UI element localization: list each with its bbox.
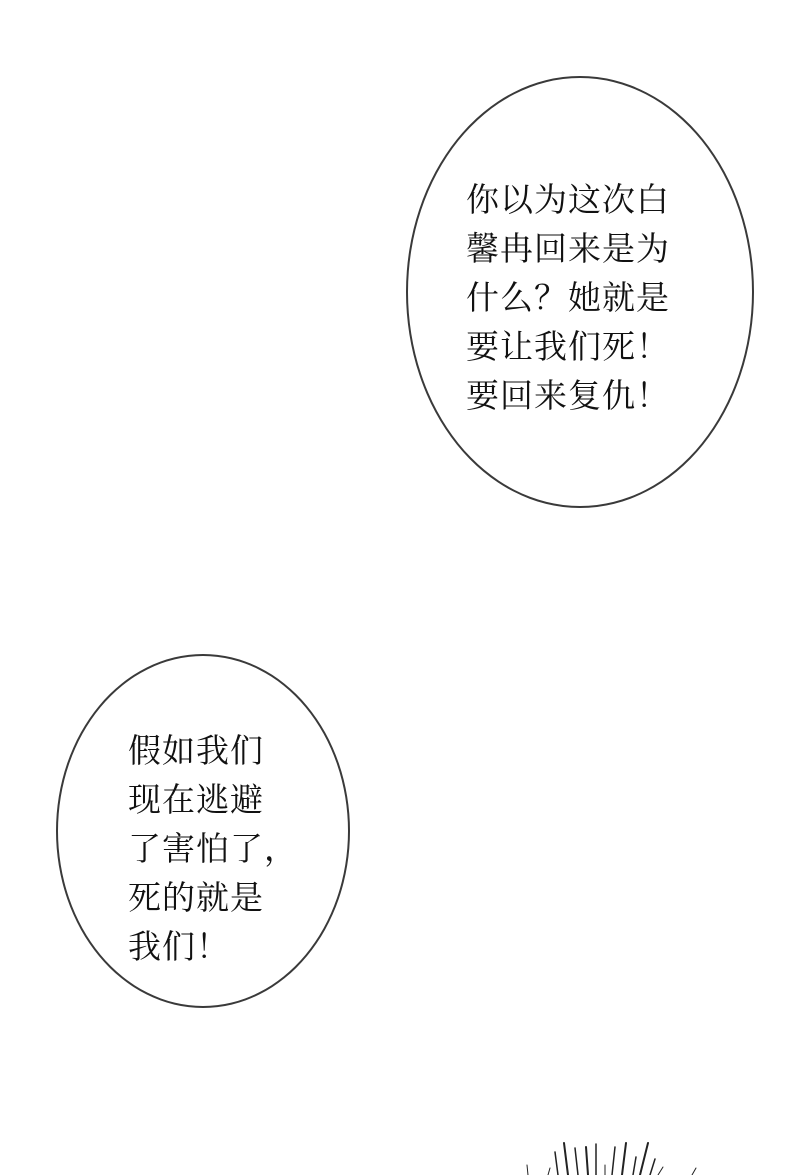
dialogue-line: 要让我们死！ xyxy=(466,322,670,371)
dialogue-line: 我们！ xyxy=(128,922,298,971)
dialogue-line: 死的就是 xyxy=(128,873,298,922)
speech-bubble-1: 你以为这次白 馨冉回来是为 什么？她就是 要让我们死！ 要回来复仇！ xyxy=(406,76,754,508)
dialogue-line: 什么？她就是 xyxy=(466,273,670,322)
speech-bubble-2: 假如我们 现在逃避 了害怕了， 死的就是 我们！ xyxy=(56,654,350,1008)
dialogue-line: 馨冉回来是为 xyxy=(466,224,670,273)
dialogue-line: 要回来复仇！ xyxy=(466,371,670,420)
dialogue-line: 你以为这次白 xyxy=(466,175,670,224)
dialogue-line: 现在逃避 xyxy=(128,775,298,824)
speed-lines-burst-icon xyxy=(500,1130,800,1175)
dialogue-line: 假如我们 xyxy=(128,726,298,775)
speech-bubble-2-text: 假如我们 现在逃避 了害怕了， 死的就是 我们！ xyxy=(128,726,298,971)
speech-bubble-1-text: 你以为这次白 馨冉回来是为 什么？她就是 要让我们死！ 要回来复仇！ xyxy=(466,175,670,420)
dialogue-line: 了害怕了， xyxy=(128,824,298,873)
comic-panel: 你以为这次白 馨冉回来是为 什么？她就是 要让我们死！ 要回来复仇！ 假如我们 … xyxy=(0,0,800,1175)
